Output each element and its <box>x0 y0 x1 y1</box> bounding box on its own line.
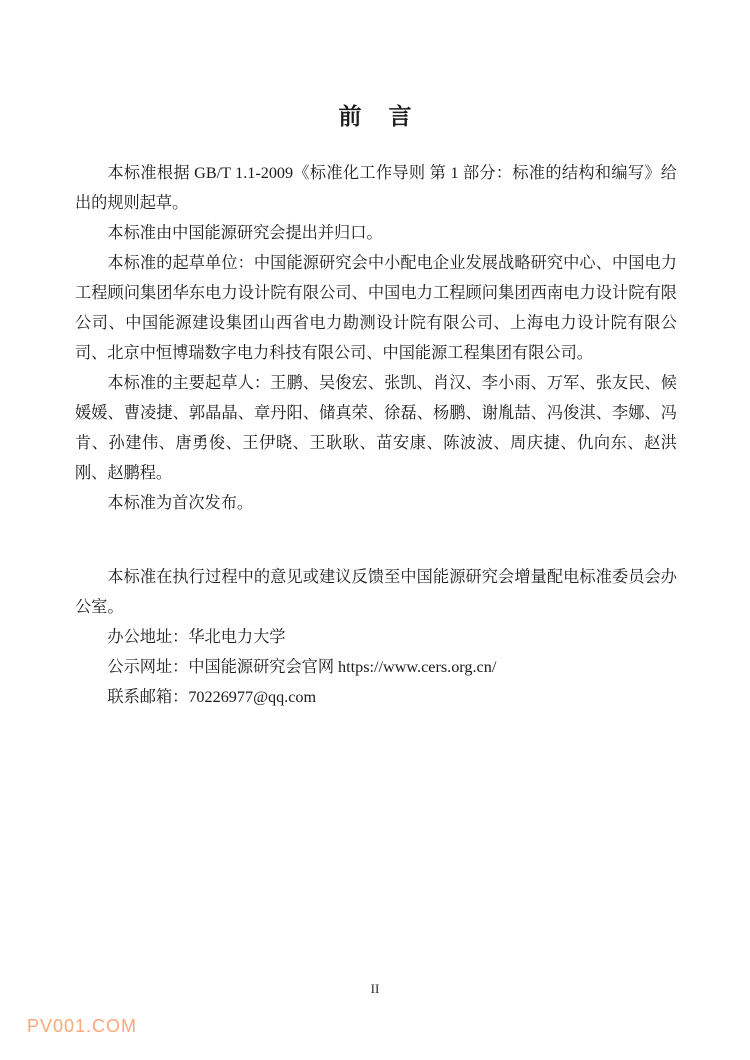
page-number: II <box>0 981 750 997</box>
contact-address-line: 办公地址：华北电力大学 <box>75 622 677 652</box>
contact-website-line: 公示网址：中国能源研究会官网 https://www.cers.org.cn/ <box>75 652 677 682</box>
para-proposed-by: 本标准由中国能源研究会提出并归口。 <box>75 218 677 248</box>
para-feedback: 本标准在执行过程中的意见或建议反馈至中国能源研究会增量配电标准委员会办公室。 <box>75 562 677 622</box>
document-page: 前 言 本标准根据 GB/T 1.1-2009《标准化工作导则 第 1 部分：标… <box>0 0 750 1060</box>
document-content: 前 言 本标准根据 GB/T 1.1-2009《标准化工作导则 第 1 部分：标… <box>0 0 750 712</box>
contact-email-line: 联系邮箱：70226977@qq.com <box>75 682 677 712</box>
para-first-release: 本标准为首次发布。 <box>75 488 677 518</box>
watermark-pv001: PV001.COM <box>27 1015 137 1037</box>
para-drafting-organizations: 本标准的起草单位：中国能源研究会中小配电企业发展战略研究中心、中国电力工程顾问集… <box>75 248 677 368</box>
para-drafting-rule: 本标准根据 GB/T 1.1-2009《标准化工作导则 第 1 部分：标准的结构… <box>75 158 677 218</box>
page-title: 前 言 <box>75 100 677 133</box>
para-main-drafters: 本标准的主要起草人：王鹏、吴俊宏、张凯、肖汉、李小雨、万军、张友民、候媛媛、曹凌… <box>75 368 677 488</box>
